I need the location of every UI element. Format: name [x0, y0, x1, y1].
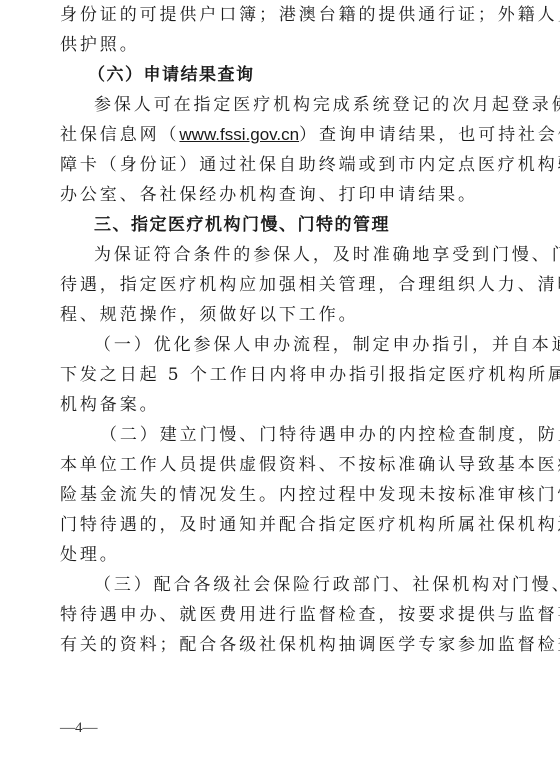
text-line: 下发之日起 5 个工作日内将申办指引报指定医疗机构所属社保	[60, 360, 502, 390]
text-line: 机构备案。	[60, 390, 502, 420]
text-line: 待遇，指定医疗机构应加强相关管理，合理组织人力、清晰流	[60, 270, 502, 300]
text-segment: ）查询申请结果，也可持社会保	[299, 125, 560, 145]
text-line: 处理。	[60, 540, 502, 570]
fssi-website-link[interactable]: www.fssi.gov.cn	[179, 125, 299, 144]
text-line: 程、规范操作，须做好以下工作。	[60, 300, 502, 330]
text-line: 门特待遇的，及时通知并配合指定医疗机构所属社保机构进行	[60, 510, 502, 540]
text-line: 障卡（身份证）通过社保自助终端或到市内定点医疗机构驻点	[60, 150, 502, 180]
text-segment: 社保信息网（	[60, 125, 179, 145]
text-line: 身份证的可提供户口簿；港澳台籍的提供通行证；外籍人员提	[60, 0, 502, 30]
text-line: 参保人可在指定医疗机构完成系统登记的次月起登录佛山	[94, 90, 502, 120]
text-line: 社保信息网（www.fssi.gov.cn）查询申请结果，也可持社会保	[60, 120, 502, 150]
text-line: 为保证符合条件的参保人，及时准确地享受到门慢、门特	[94, 240, 502, 270]
text-line: 有关的资料；配合各级社保机构抽调医学专家参加监督检查工	[60, 630, 502, 660]
text-line: （二）建立门慢、门特待遇申办的内控检查制度，防止因	[100, 420, 502, 450]
text-line: （三）配合各级社会保险行政部门、社保机构对门慢、门	[94, 570, 502, 600]
text-line: 特待遇申办、就医费用进行监督检查，按要求提供与监督事项	[60, 600, 502, 630]
text-line: 供护照。	[60, 30, 502, 60]
page-number: —4—	[60, 720, 98, 737]
text-line: 办公室、各社保经办机构查询、打印申请结果。	[60, 180, 502, 210]
section-heading: 三、指定医疗机构门慢、门特的管理	[94, 210, 536, 240]
section-heading: （六）申请结果查询	[88, 60, 530, 90]
text-line: （一）优化参保人申办流程，制定申办指引，并自本通知	[94, 330, 502, 360]
text-line: 本单位工作人员提供虚假资料、不按标准确认导致基本医疗保	[60, 450, 502, 480]
text-line: 险基金流失的情况发生。内控过程中发现未按标准审核门慢、	[60, 480, 502, 510]
